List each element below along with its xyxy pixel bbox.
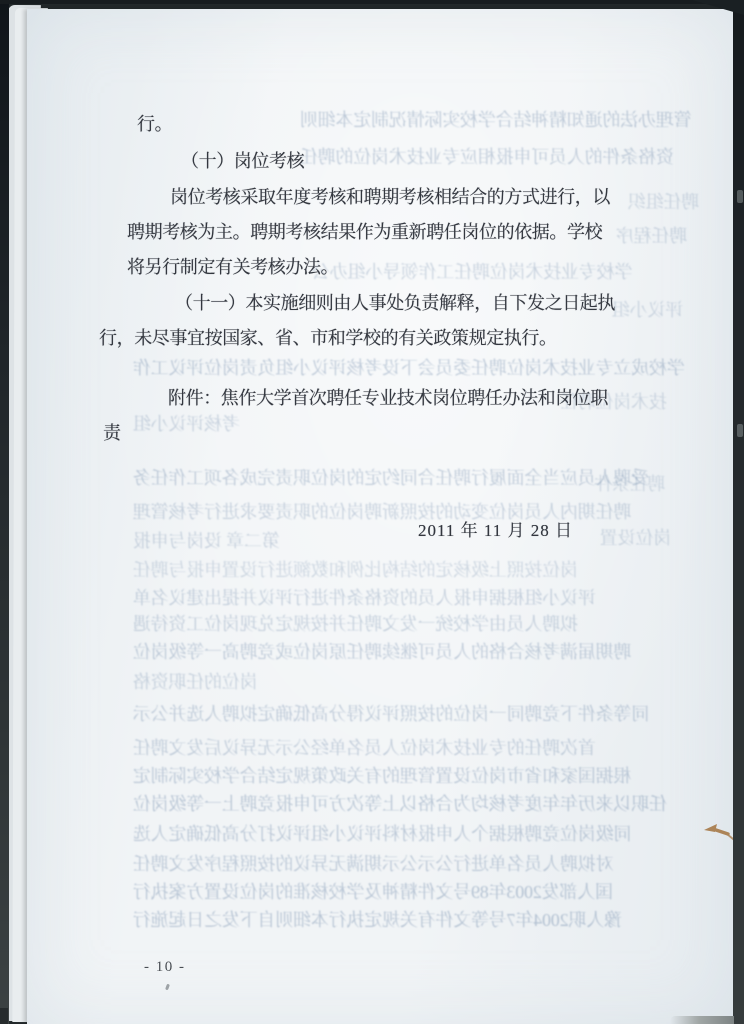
page-edge-notch	[737, 190, 743, 203]
scanned-document-page: 管理办法的通知精神结合学校实际情况制定本细则资格条件的人员可申报相应专业技术岗位…	[0, 0, 744, 1024]
document-line: （十）岗位考核	[181, 147, 304, 173]
document-line: （十一）本实施细则由人事处负责解释，自下发之日起执	[175, 289, 615, 315]
document-line: 附件：焦作大学首次聘任专业技术岗位聘任办法和岗位职	[168, 384, 608, 410]
page-number: - 10 -	[144, 959, 186, 976]
document-date: 2011 年 11 月 28 日	[418, 516, 573, 541]
document-line: 聘期考核为主。聘期考核结果作为重新聘任岗位的依据。学校	[127, 218, 602, 244]
document-line: 岗位考核采取年度考核和聘期考核相结合的方式进行，以	[170, 183, 610, 209]
scanner-edge-left	[0, 0, 9, 1024]
scanner-edge-right	[733, 0, 744, 1024]
document-line: 行。	[137, 110, 172, 136]
document-line: 将另行制定有关考核办法。	[127, 253, 338, 279]
scanner-corner-bottom-left	[0, 1008, 8, 1024]
document-line: 责	[103, 419, 121, 445]
scanner-edge-top	[0, 0, 744, 4]
ink-speck	[165, 984, 170, 991]
document-text-layer: 2011 年 11 月 28 日 - 10 - 行。（十）岗位考核岗位考核采取年…	[0, 0, 744, 1024]
page-edge-notch	[737, 424, 743, 437]
scan-smudge-bottom-right	[670, 1016, 734, 1024]
document-line: 行，未尽事宜按国家、省、市和学校的有关政策规定执行。	[99, 324, 557, 350]
